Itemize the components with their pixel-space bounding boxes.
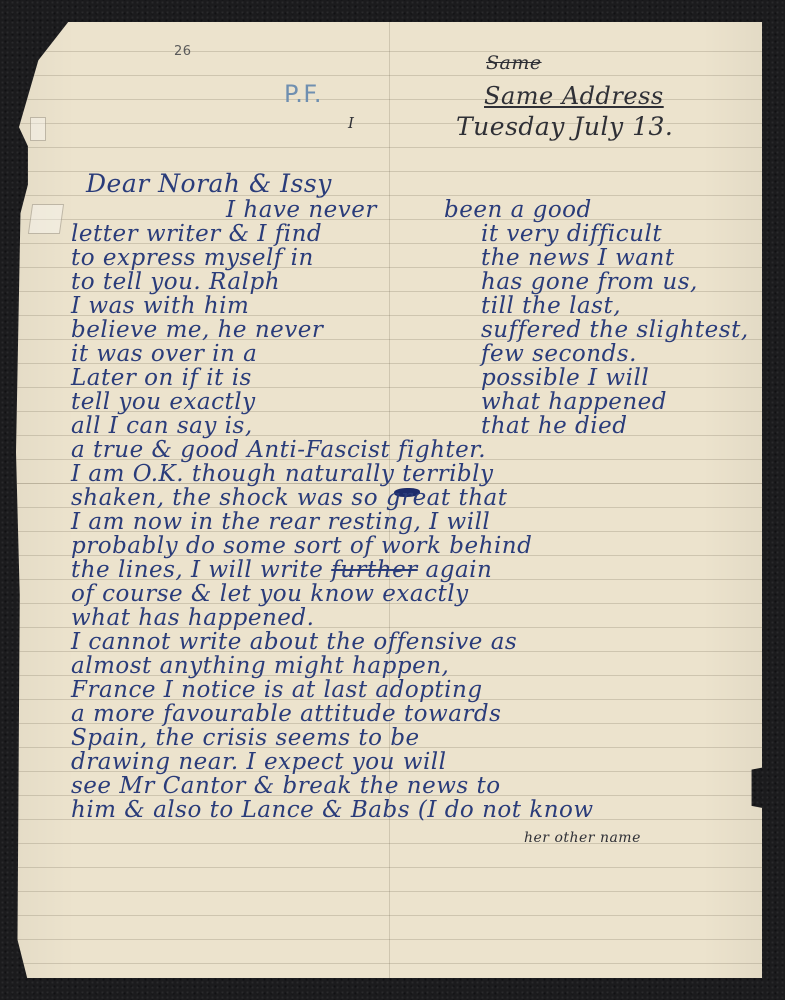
body-line: France I notice is at last adopting <box>71 677 483 703</box>
body-line: the lines, I will write further again <box>71 557 492 583</box>
salutation: Dear Norah & Issy <box>86 169 332 198</box>
body-line: Later on if it ispossible I will <box>71 365 252 391</box>
body-line: all I can say is,that he died <box>71 413 253 439</box>
body-line: it was over in afew seconds. <box>71 341 257 367</box>
date-line: Tuesday July 13. <box>456 112 673 141</box>
page-mark: I <box>348 114 354 132</box>
struck-header-word: Same <box>486 52 542 74</box>
body-line: a true & good Anti-Fascist fighter. <box>71 437 486 463</box>
body-line: to express myself inthe news I want <box>71 245 314 271</box>
body-line: almost anything might happen, <box>71 653 449 679</box>
page-number: 26 <box>174 44 192 59</box>
address-line: Same Address <box>484 82 664 110</box>
paper-tear-top <box>30 117 46 141</box>
body-line: I cannot write about the offensive as <box>71 629 517 655</box>
footer-note: her other name <box>524 830 641 846</box>
body-line: I have neverbeen a good <box>226 197 377 223</box>
annotation-initials: P.F. <box>284 80 322 108</box>
body-line: believe me, he neversuffered the slighte… <box>71 317 323 343</box>
body-line: I am now in the rear resting, I will <box>71 509 490 535</box>
body-line: I am O.K. though naturally terribly <box>71 461 494 487</box>
body-line: of course & let you know exactly <box>71 581 469 607</box>
body-line: Spain, the crisis seems to be <box>71 725 420 751</box>
body-line: tell you exactlywhat happened <box>71 389 256 415</box>
body-line: letter writer & I findit very difficult <box>71 221 322 247</box>
body-line: I was with himtill the last, <box>71 293 249 319</box>
body-line: what has happened. <box>71 605 314 631</box>
body-line: drawing near. I expect you will <box>71 749 447 775</box>
body-line: him & also to Lance & Babs (I do not kno… <box>71 797 594 823</box>
body-line: shaken, the shock was so great that <box>71 485 507 511</box>
body-line: a more favourable attitude towards <box>71 701 501 727</box>
body-line: see Mr Cantor & break the news to <box>71 773 501 799</box>
body-line: probably do some sort of work behind <box>71 533 532 559</box>
body-line: to tell you. Ralphhas gone from us, <box>71 269 280 295</box>
letter-page: 26 P.F. I Same Same Address Tuesday July… <box>16 22 762 978</box>
paper-tear-middle <box>28 204 64 234</box>
